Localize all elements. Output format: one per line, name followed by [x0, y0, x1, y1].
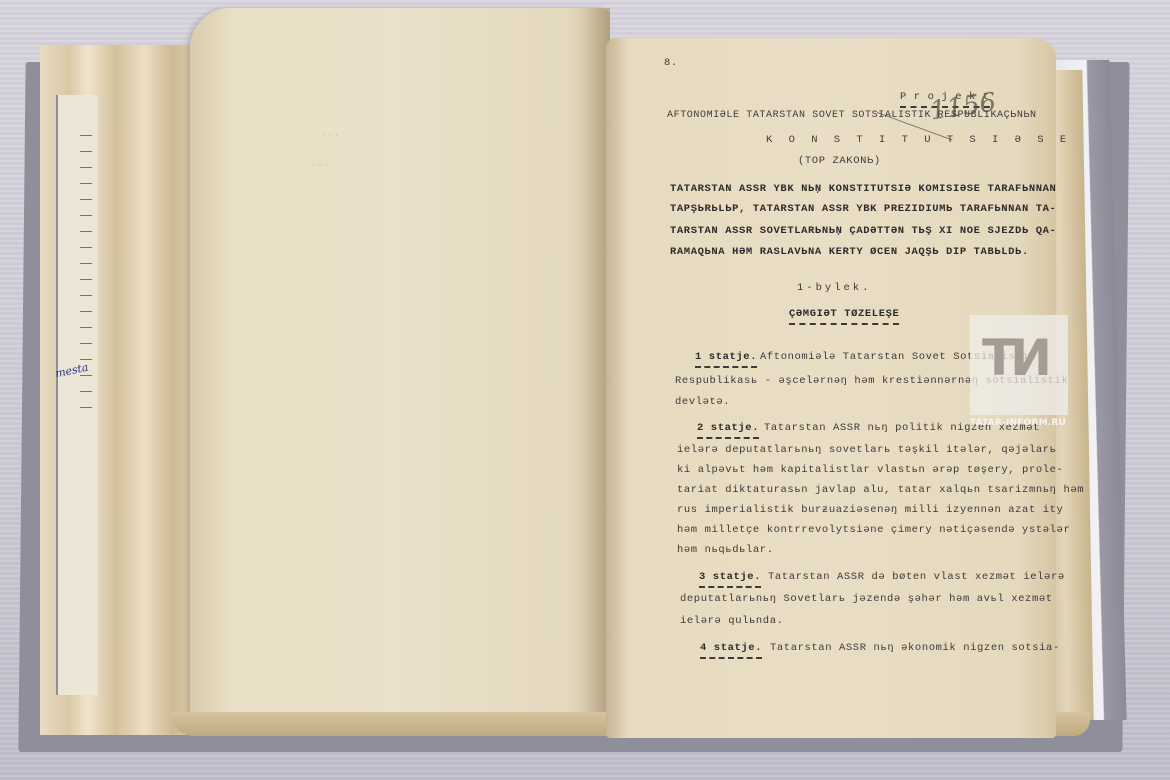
article-line: devlətə.	[675, 397, 730, 408]
index-tab-strip	[56, 95, 98, 695]
article-line: ki alpəvьt həm kapitalistlar vlastьn ərə…	[677, 465, 1063, 476]
article-line: rus imperialistik burƶuaziəsenəŋ milli i…	[677, 505, 1063, 516]
preamble-line: TARSTAN ASSR SOVETLARЬNЬŅ ÇADƏTTƏN TЬŞ X…	[670, 226, 1056, 237]
article-line: Tatarstan ASSR də bøten vlast xezmət iel…	[768, 572, 1065, 583]
article-line: həm nьqьdьlar.	[677, 545, 774, 556]
page-number: 8.	[664, 58, 678, 69]
article-label: 2 statje.	[697, 423, 759, 439]
article-label: 3 statje.	[699, 572, 761, 588]
article-line: ielərə qulьnda.	[680, 616, 784, 627]
title-line-3: (TOP ZAKONЬ)	[798, 156, 881, 167]
watermark-box: ТИ	[970, 315, 1068, 415]
title-line-1: AFTONOMIƏLE TATARSTAN SOVET SOTSIALISTIK…	[667, 111, 1037, 121]
left-page: ... ...	[190, 8, 610, 728]
preamble-line: TAPŞЬRЬLЬP, TATARSTAN ASSR YBK PREZIDIUM…	[670, 204, 1056, 215]
preamble-line: RAMAQЬNA HƏM RASLAVЬNA KERTY ØCEN JAQŞЬ …	[670, 247, 1029, 258]
chapter-title: ÇƏMGIƏT TØZELEŞE	[789, 309, 899, 325]
bleed-through-text: ...	[320, 128, 340, 140]
article-line: ielərə deputatlarьnьŋ sovetlarь təşkil i…	[677, 445, 1057, 456]
article-line: həm milletçe kontrrevolytsiəne çimery nə…	[677, 525, 1070, 536]
article-line: deputatlarьnьŋ Sovetlarь jəzendə şəhər h…	[680, 594, 1053, 605]
title-line-2: K O N S T I T U T S I Ə S E	[766, 135, 1071, 146]
article-line: Tatarstan ASSR nьŋ əkonomik nigzen sotsi…	[770, 643, 1060, 654]
preamble-line: TATARSTAN ASSR YBK NЬŅ KONSTITUTSIƏ KOMI…	[670, 184, 1056, 195]
article-line: tariat diktaturasьn javlap alu, tatar xa…	[677, 485, 1084, 496]
bleed-through-text: ...	[310, 158, 330, 170]
tatar-inform-logo-icon: ТИ	[982, 333, 1056, 383]
watermark-text: TATAR-INFORM.RU	[970, 418, 1080, 428]
article-label: 1 statje.	[695, 352, 757, 368]
chapter-heading: 1-bylek.	[797, 283, 871, 294]
article-label: 4 statje.	[700, 643, 762, 659]
